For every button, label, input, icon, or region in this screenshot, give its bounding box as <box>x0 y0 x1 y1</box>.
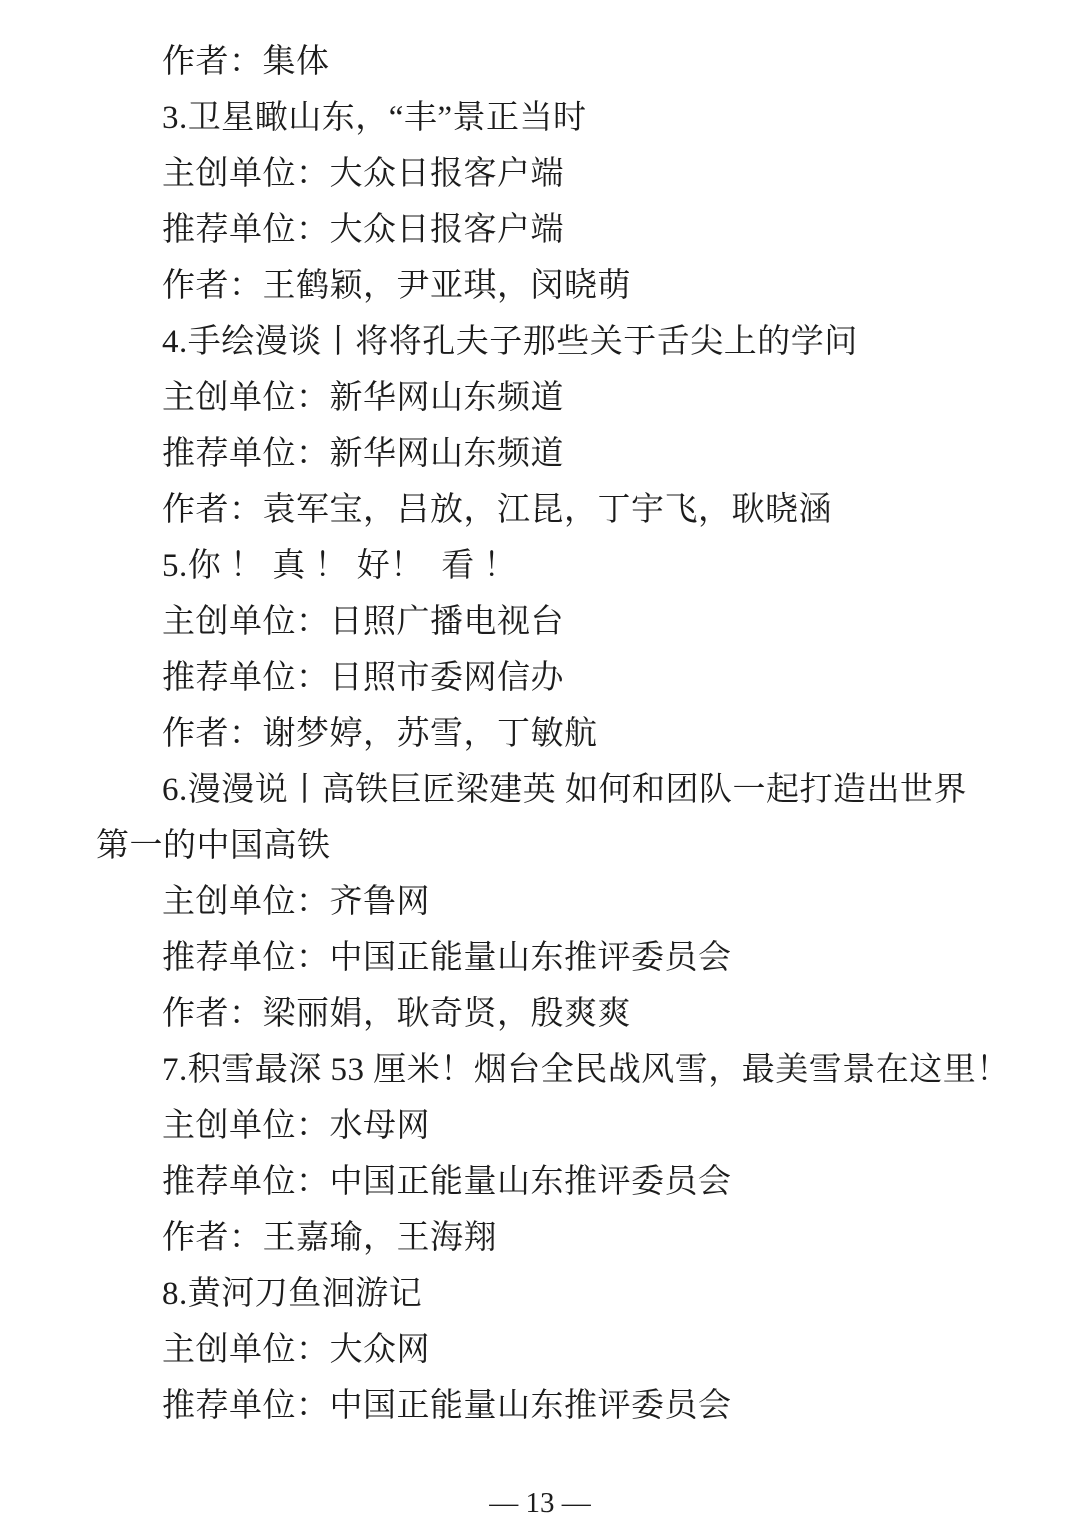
text-line: 主创单位：大众网 <box>96 1322 1036 1378</box>
text-line: 推荐单位：中国正能量山东推评委员会 <box>96 930 1036 986</box>
text-line: 推荐单位：中国正能量山东推评委员会 <box>96 1378 1036 1434</box>
page-number: — 13 — <box>489 1487 591 1519</box>
text-line: 推荐单位：日照市委网信办 <box>96 650 1036 706</box>
text-line: 5.你 ！ 真 ！ 好！ 看 ！ <box>96 538 1036 594</box>
text-line: 主创单位：水母网 <box>96 1098 1036 1154</box>
text-line: 8.黄河刀鱼洄游记 <box>96 1266 1036 1322</box>
text-line: 主创单位：大众日报客户端 <box>96 146 1036 202</box>
text-line: 作者：集体 <box>96 34 1036 90</box>
text-line: 作者：王鹤颖，尹亚琪，闵晓萌 <box>96 258 1036 314</box>
text-line: 主创单位：齐鲁网 <box>96 874 1036 930</box>
document-body: 作者：集体3.卫星瞰山东，“丰”景正当时主创单位：大众日报客户端推荐单位：大众日… <box>96 34 1036 1434</box>
text-line: 4.手绘漫谈丨将将孔夫子那些关于舌尖上的学问 <box>96 314 1036 370</box>
text-line: 第一的中国高铁 <box>96 818 1036 874</box>
text-line: 主创单位：新华网山东频道 <box>96 370 1036 426</box>
text-line: 作者：王嘉瑜，王海翔 <box>96 1210 1036 1266</box>
text-line: 推荐单位：新华网山东频道 <box>96 426 1036 482</box>
text-line: 作者：梁丽娟，耿奇贤，殷爽爽 <box>96 986 1036 1042</box>
text-line: 7.积雪最深 53 厘米！烟台全民战风雪，最美雪景在这里！ <box>96 1042 1036 1098</box>
text-line: 推荐单位：大众日报客户端 <box>96 202 1036 258</box>
text-line: 3.卫星瞰山东，“丰”景正当时 <box>96 90 1036 146</box>
text-line: 推荐单位：中国正能量山东推评委员会 <box>96 1154 1036 1210</box>
text-line: 作者：谢梦婷，苏雪，丁敏航 <box>96 706 1036 762</box>
page-footer: — 13 — <box>0 1486 1080 1520</box>
text-line: 主创单位：日照广播电视台 <box>96 594 1036 650</box>
document-page: 作者：集体3.卫星瞰山东，“丰”景正当时主创单位：大众日报客户端推荐单位：大众日… <box>0 0 1080 1536</box>
text-line: 作者：袁军宝，吕放，江昆，丁宇飞，耿晓涵 <box>96 482 1036 538</box>
text-line: 6.漫漫说丨高铁巨匠梁建英 如何和团队一起打造出世界 <box>96 762 1036 818</box>
